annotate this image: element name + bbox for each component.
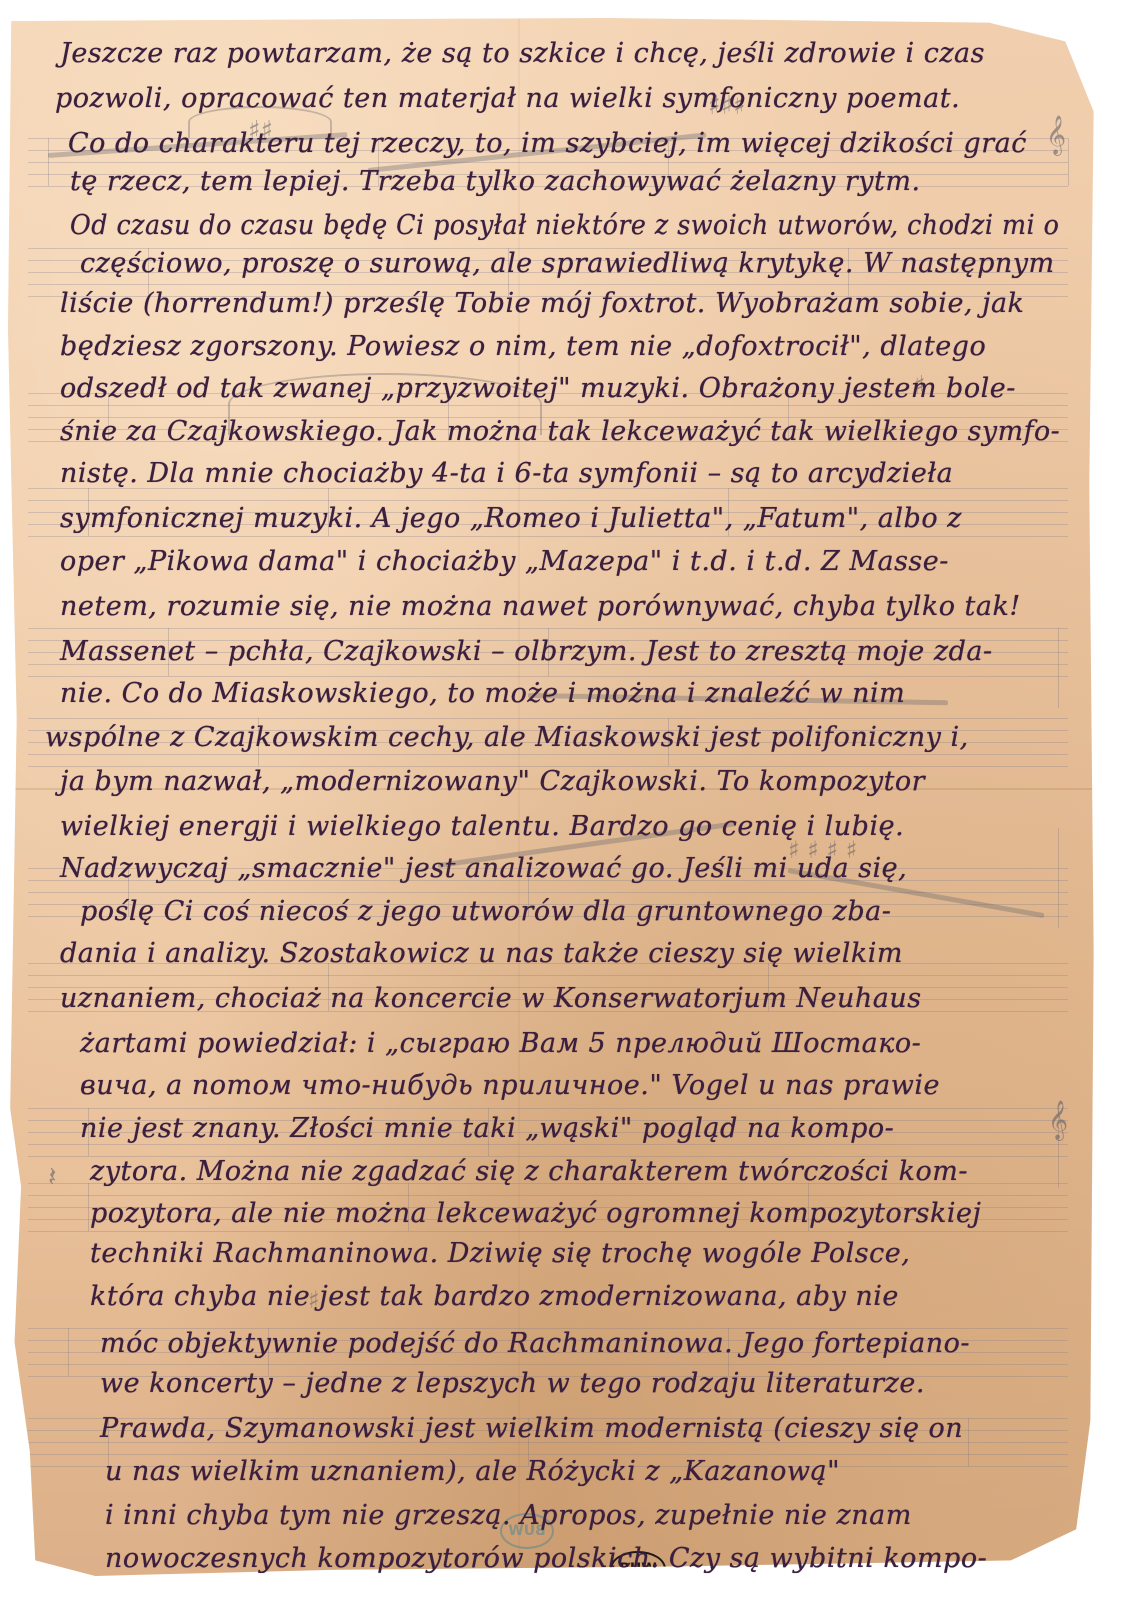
- text-line: pozwoli, opracować ten materjał na wielk…: [55, 83, 960, 114]
- text-line: częściowo, proszę o surową, ale sprawied…: [80, 248, 1055, 279]
- text-line: dania i analizy. Szostakowicz u nas takż…: [60, 938, 903, 969]
- text-line: nie jest znany. Złości mnie taki „wąski"…: [80, 1113, 894, 1144]
- text-line: poślę Ci coś niecoś z jego utworów dla g…: [80, 896, 891, 927]
- text-line: pozytora, ale nie można lekceważyć ogrom…: [90, 1198, 981, 1229]
- text-line: nie. Co do Miaskowskiego, to może i możn…: [60, 678, 905, 709]
- text-line: Nadzwyczaj „smacznie" jest analizować go…: [60, 853, 907, 884]
- text-line: wielkiej energji i wielkiego talentu. Ba…: [60, 811, 904, 842]
- treble-clef-icon: 𝄞: [1048, 1103, 1068, 1137]
- text-line: techniki Rachmaninowa. Dziwię się trochę…: [90, 1238, 910, 1269]
- text-line: we koncerty – jedne z lepszych w tego ro…: [100, 1368, 925, 1399]
- text-line: tę rzecz, tem lepiej. Trzeba tylko zacho…: [70, 166, 921, 197]
- text-line: Jeszcze raz powtarzam, że są to szkice i…: [60, 38, 985, 69]
- text-line: móc objektywnie podejść do Rachmaninowa.…: [100, 1328, 970, 1359]
- text-line: zytora. Można nie zgadzać się z charakte…: [90, 1156, 968, 1187]
- text-line: Od czasu do czasu będę Ci posyłał niektó…: [70, 210, 1059, 241]
- text-line: symfonicznej muzyki. A jego „Romeo i Jul…: [60, 503, 962, 534]
- text-line: i inni chyba tym nie grzeszą. Apropos, z…: [105, 1500, 912, 1531]
- text-line: nowoczesnych kompozytorów polskich. Czy …: [105, 1543, 987, 1574]
- text-line: netem, rozumie się, nie można nawet poró…: [60, 591, 1021, 622]
- text-line: Prawda, Szymanowski jest wielkim moderni…: [100, 1413, 963, 1444]
- treble-clef-icon: 𝄞: [1046, 118, 1066, 152]
- text-line: wspólne z Czajkowskim cechy, ale Miaskow…: [45, 722, 969, 753]
- text-line: oper „Pikowa dama" i chociażby „Mazepa" …: [60, 546, 949, 577]
- text-line: odszedł od tak zwanej „przyzwoitej" muzy…: [60, 373, 1016, 404]
- text-line: uznaniem, chociaż na koncercie w Konserw…: [60, 983, 922, 1014]
- text-line: żartami powiedział: i „сыграю Вам 5 прел…: [80, 1028, 921, 1059]
- text-line: nistę. Dla mnie chociażby 4-ta i 6-ta sy…: [60, 458, 953, 489]
- text-line: śnie za Czajkowskiego. Jak można tak lek…: [60, 416, 1060, 447]
- text-line: która chyba nie jest tak bardzo zmoderni…: [90, 1281, 899, 1312]
- text-line: będziesz zgorszony. Powiesz o nim, tem n…: [60, 331, 986, 362]
- text-line: liście (horrendum!) prześlę Tobie mój fo…: [60, 288, 1024, 319]
- text-line: ja bym nazwał, „modernizowany" Czajkowsk…: [60, 766, 925, 797]
- text-line: вича, а потом что-нибудь приличное." Vog…: [80, 1070, 940, 1101]
- text-line: Massenet – pchła, Czajkowski – olbrzym. …: [60, 636, 993, 667]
- text-line: u nas wielkim uznaniem), ale Różycki z „…: [105, 1456, 840, 1487]
- text-line: Co do charakteru tej rzeczy, to, im szyb…: [68, 128, 1027, 159]
- rest-icon: 𝄽: [48, 1163, 57, 1191]
